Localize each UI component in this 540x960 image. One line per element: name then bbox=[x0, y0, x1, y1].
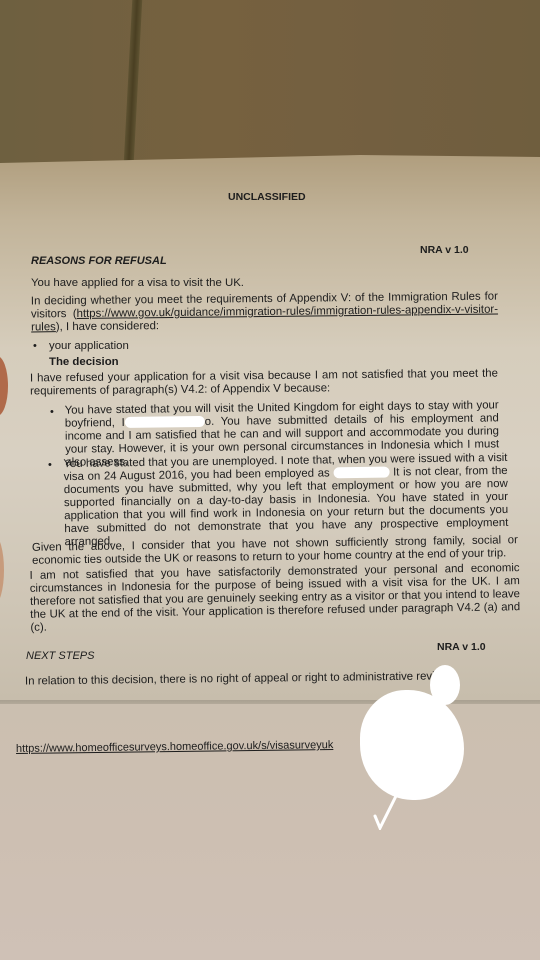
next-steps-version: NRA v 1.0 bbox=[437, 641, 486, 654]
considered-item: your application bbox=[49, 340, 129, 353]
checkmark-icon bbox=[372, 790, 402, 830]
decision-heading: The decision bbox=[49, 356, 119, 369]
section-title: REASONS FOR REFUSAL bbox=[31, 255, 167, 268]
decision-text: I have refused your application for a vi… bbox=[30, 368, 498, 399]
version-label: NRA v 1.0 bbox=[420, 244, 469, 257]
next-steps-title: NEXT STEPS bbox=[26, 650, 94, 663]
deciding-paragraph: In deciding whether you meet the require… bbox=[31, 291, 498, 335]
bullet-icon: • bbox=[33, 340, 37, 352]
bullet-icon: • bbox=[48, 459, 52, 471]
background-wall bbox=[0, 0, 540, 170]
redaction-mark bbox=[333, 467, 389, 479]
classification-label: UNCLASSIFIED bbox=[228, 191, 306, 204]
intro-text: You have applied for a visa to visit the… bbox=[31, 277, 244, 290]
bullet-icon: • bbox=[50, 406, 54, 418]
redaction-mark bbox=[125, 416, 205, 428]
deciding-text-2: I have considered: bbox=[66, 320, 159, 333]
conclusion-paragraph-2: I am not satisfied that you have satisfa… bbox=[30, 562, 521, 635]
